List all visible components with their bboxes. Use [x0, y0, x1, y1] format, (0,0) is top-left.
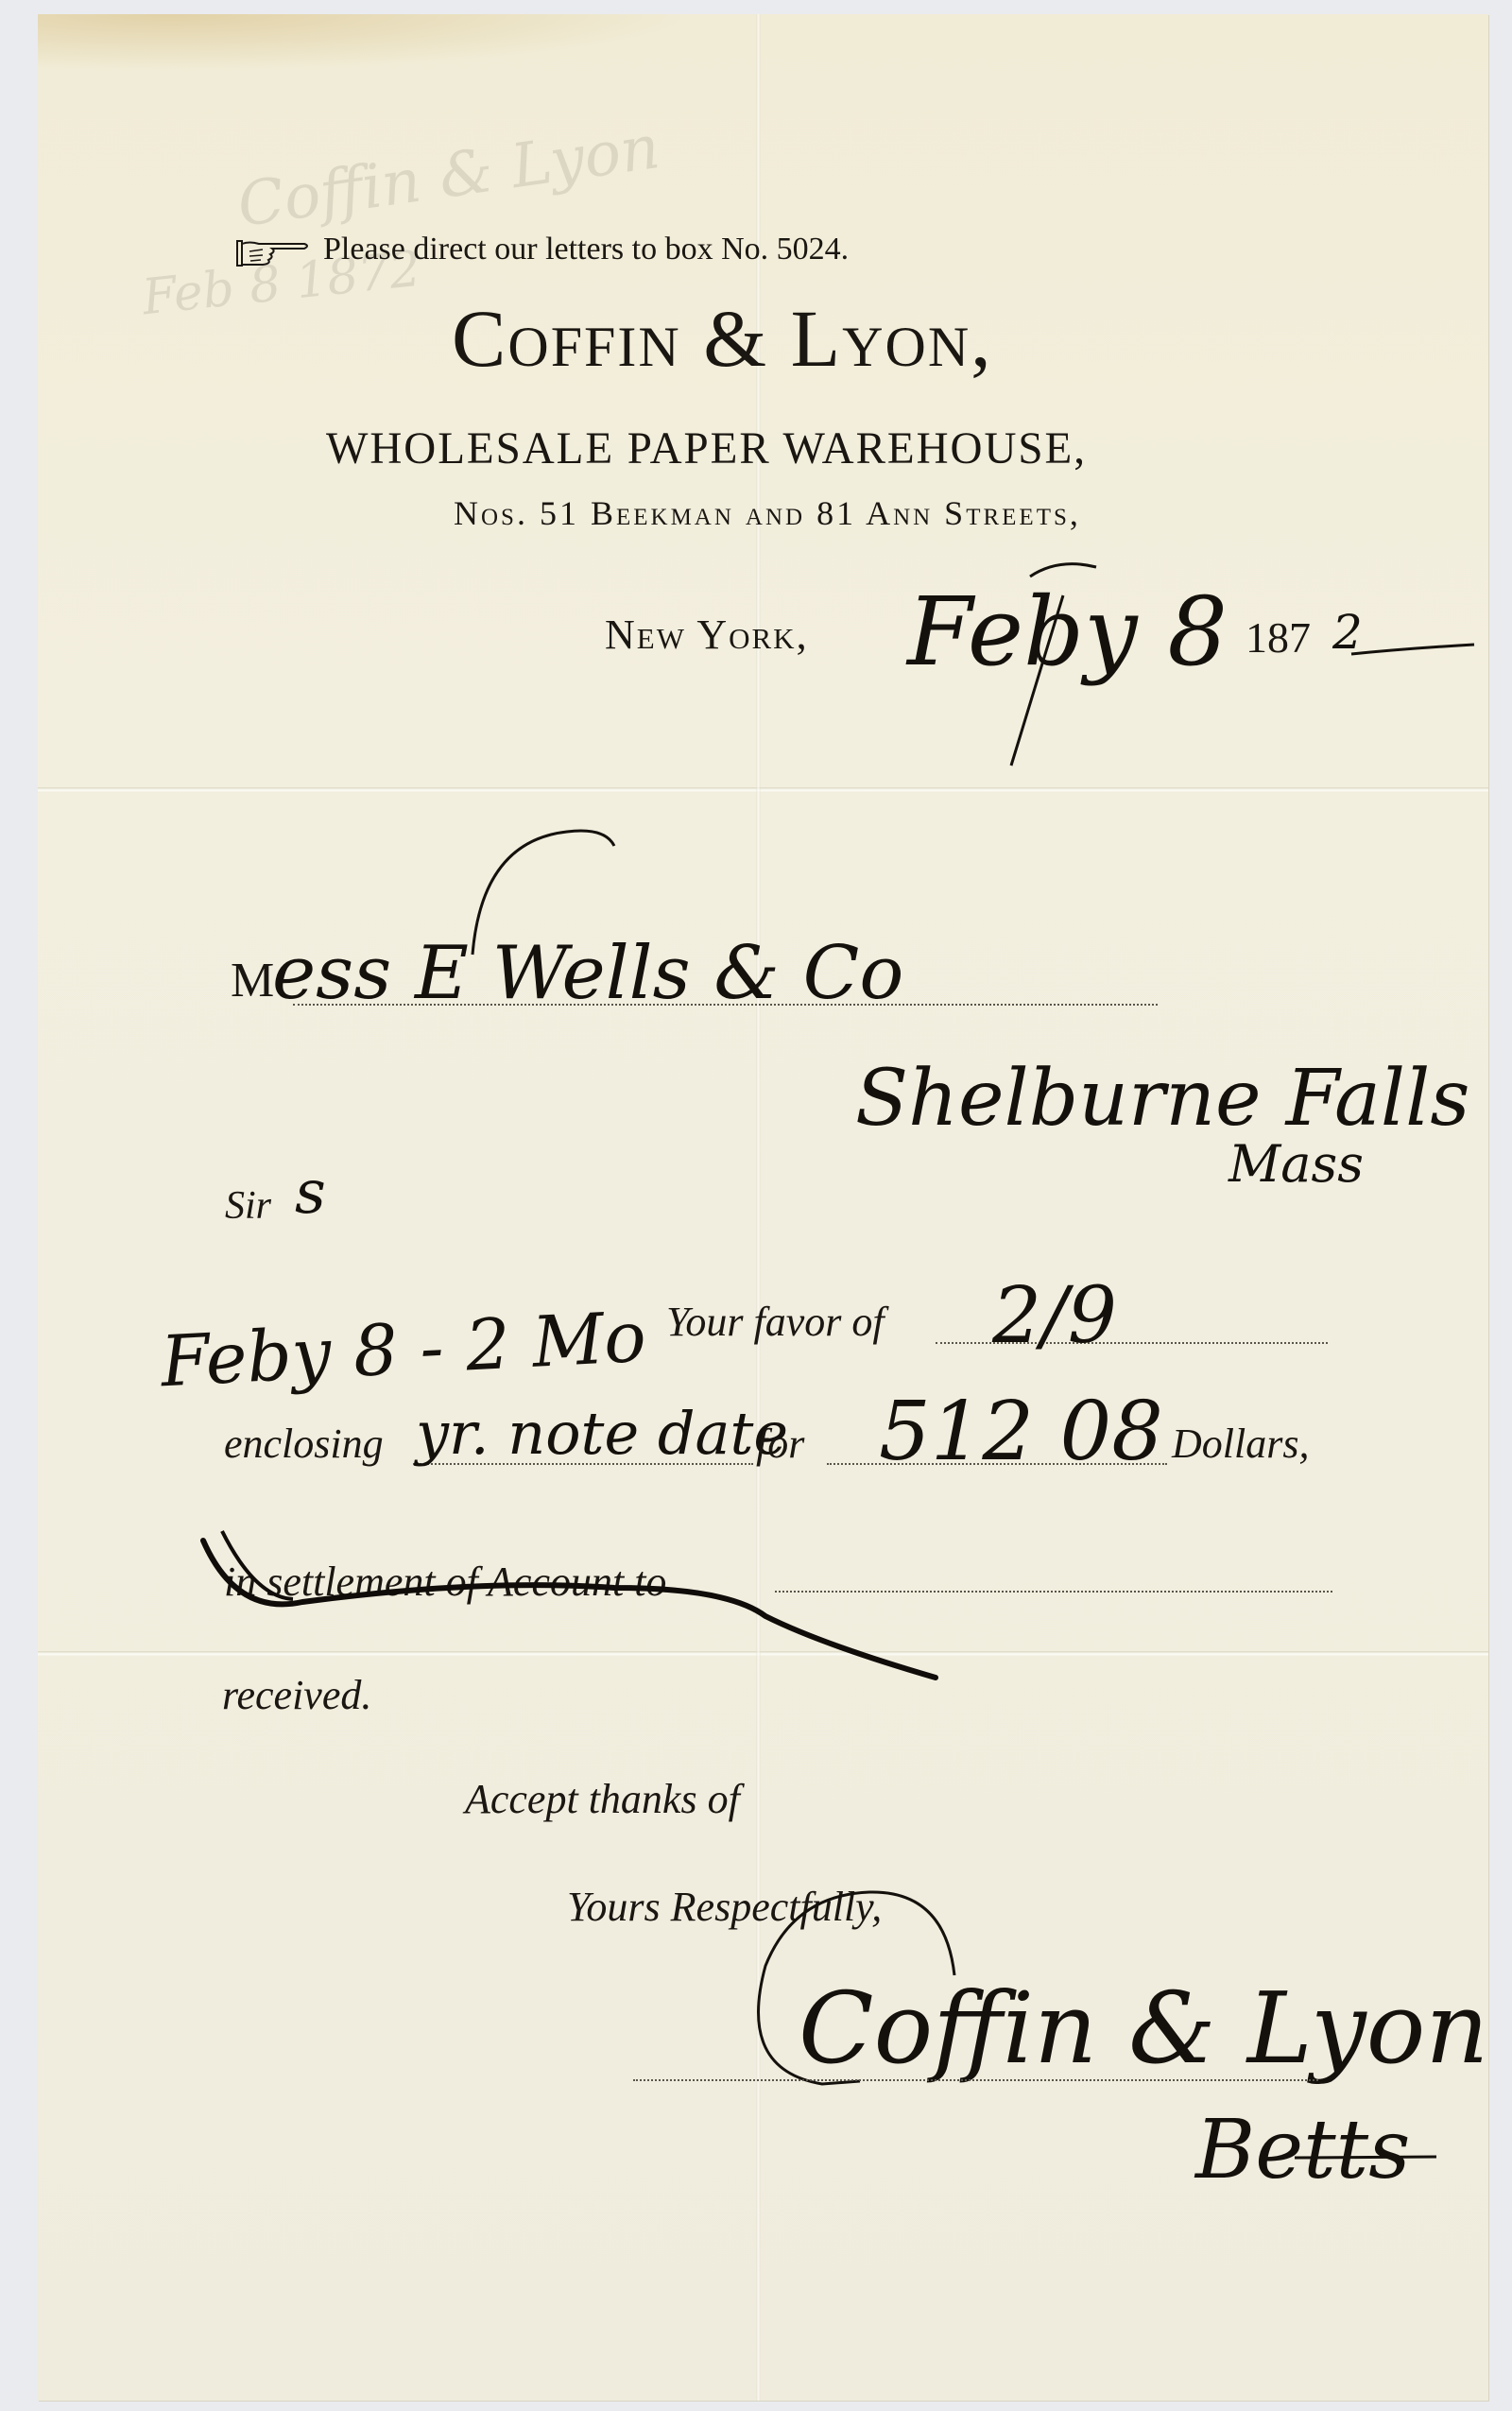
addressee-state: Mass: [1228, 1134, 1364, 1194]
thanks-line: Accept thanks of: [465, 1775, 740, 1823]
year-underline: [1351, 643, 1484, 662]
signature: Coffin & Lyon: [799, 1971, 1488, 2086]
addressee-prefix: M: [231, 953, 274, 1008]
amount-value: 512 08: [879, 1385, 1163, 1479]
city-label: New York,: [605, 611, 809, 659]
addressee-dotted-line: [293, 1004, 1158, 1006]
signer-underline: [1295, 2155, 1446, 2164]
signer-initials: Betts: [1195, 2103, 1410, 2197]
for-label: for: [756, 1420, 804, 1468]
addressee-place: Shelburne Falls: [855, 1054, 1469, 1144]
street-address: Nos. 51 Beekman and 81 Ann Streets,: [454, 493, 1081, 533]
enclosing-value: yr. note date: [416, 1399, 788, 1468]
year-printed: 187: [1246, 612, 1311, 663]
received-label: received.: [222, 1671, 371, 1719]
firm-name: Coffin & Lyon,: [452, 291, 993, 386]
pointing-hand-icon: [236, 238, 312, 268]
enclosing-label: enclosing: [224, 1420, 384, 1468]
signature-dotted-line: [633, 2079, 1318, 2081]
favor-label: Your favor of: [666, 1298, 885, 1346]
settlement-strikethrough: [198, 1512, 954, 1682]
date-flourish: [973, 558, 1162, 775]
favor-value: 2/9: [992, 1271, 1117, 1361]
salutation: Sir: [225, 1183, 271, 1229]
salutation-handwritten: s: [295, 1158, 326, 1228]
business-line: WHOLESALE PAPER WAREHOUSE,: [326, 422, 1087, 474]
dollars-label: Dollars,: [1172, 1420, 1309, 1468]
addressee-flourish: [454, 822, 699, 1011]
age-stain: [38, 14, 699, 71]
fold-line-upper: [38, 787, 1488, 793]
box-notice: Please direct our letters to box No. 502…: [323, 232, 849, 267]
